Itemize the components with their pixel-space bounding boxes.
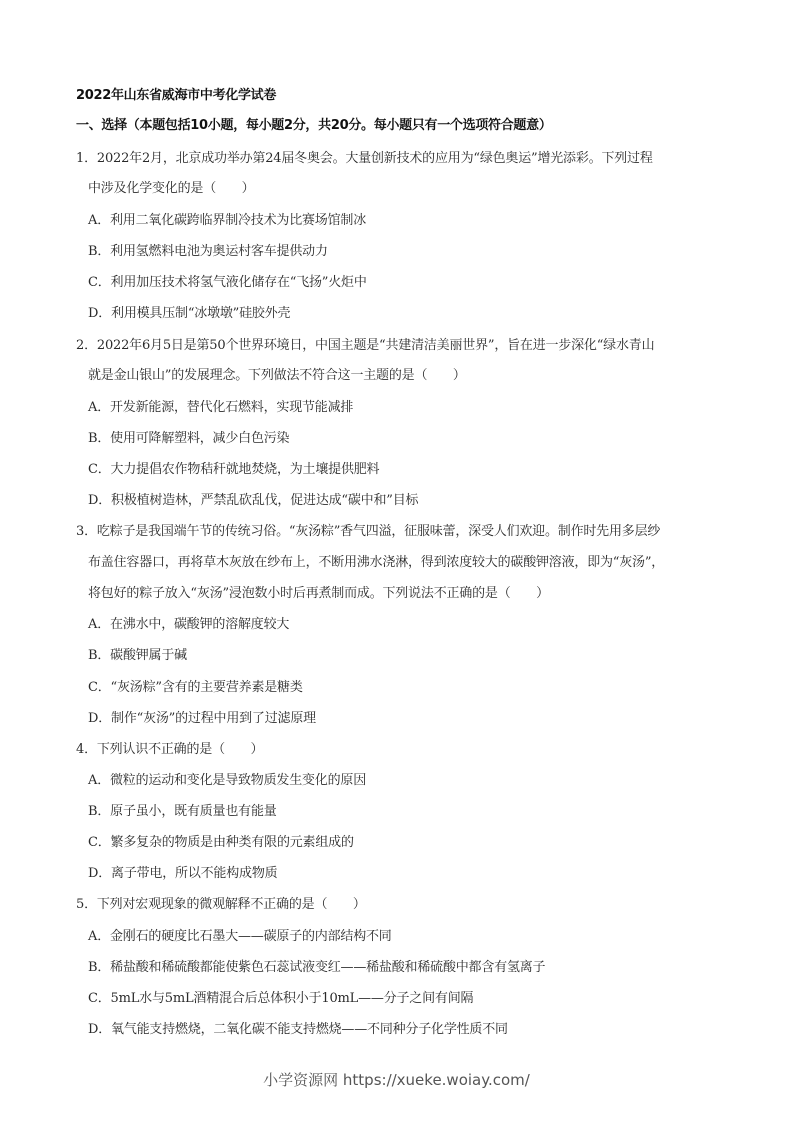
question-4-option-b: B．原子虽小，既有质量也有能量 bbox=[88, 800, 277, 819]
question-2-line-2: 就是金山银山”的发展理念。下列做法不符合这一主题的是（ ） bbox=[88, 364, 466, 383]
question-3-option-b: B．碳酸钾属于碱 bbox=[88, 644, 187, 663]
question-2-option-d: D．积极植树造林，严禁乱砍乱伐，促进达成“碳中和”目标 bbox=[88, 489, 418, 508]
question-1-line-1: 1．2022年2月，北京成功举办第24届冬奥会。大量创新技术的应用为“绿色奥运”… bbox=[76, 147, 653, 166]
question-5-option-d: D．氧气能支持燃烧，二氧化碳不能支持燃烧——不同种分子化学性质不同 bbox=[88, 1018, 508, 1037]
question-3-line-3: 将包好的粽子放入“灰汤”浸泡数小时后再煮制而成。下列说法不正确的是（ ） bbox=[88, 582, 549, 601]
question-4-option-d: D．离子带电，所以不能构成物质 bbox=[88, 862, 277, 881]
question-3-option-c: C．“灰汤粽”含有的主要营养素是糖类 bbox=[88, 676, 303, 695]
question-4-option-c: C．繁多复杂的物质是由种类有限的元素组成的 bbox=[88, 831, 354, 850]
exam-title: 2022年山东省威海市中考化学试卷 bbox=[76, 84, 276, 103]
question-2-line-1: 2．2022年6月5日是第50个世界环境日，中国主题是“共建清洁美丽世界”，旨在… bbox=[76, 334, 654, 353]
question-2-option-b: B．使用可降解塑料，减少白色污染 bbox=[88, 427, 289, 446]
section-heading: 一、选择（本题包括10小题，每小题2分，共20分。每小题只有一个选项符合题意） bbox=[76, 114, 552, 133]
question-3-line-2: 布盖住容器口，再将草木灰放在纱布上，不断用沸水浇淋，得到浓度较大的碳酸钾溶液，即… bbox=[88, 551, 664, 570]
question-2-option-c: C．大力提倡农作物秸秆就地焚烧，为土壤提供肥料 bbox=[88, 458, 379, 477]
question-3-option-d: D．制作“灰汤”的过程中用到了过滤原理 bbox=[88, 707, 316, 726]
question-3-option-a: A．在沸水中，碳酸钾的溶解度较大 bbox=[88, 613, 289, 632]
question-1-line-2: 中涉及化学变化的是（ ） bbox=[88, 177, 254, 196]
question-4-option-a: A．微粒的运动和变化是导致物质发生变化的原因 bbox=[88, 769, 366, 788]
question-5-option-c: C．5mL水与5mL酒精混合后总体积小于10mL——分子之间有间隔 bbox=[88, 987, 473, 1006]
question-5-option-b: B．稀盐酸和稀硫酸都能使紫色石蕊试液变红——稀盐酸和稀硫酸中都含有氢离子 bbox=[88, 956, 545, 975]
question-5-option-a: A．金刚石的硬度比石墨大——碳原子的内部结构不同 bbox=[88, 925, 392, 944]
question-4-line-1: 4．下列认识不正确的是（ ） bbox=[76, 738, 263, 757]
question-3-line-1: 3．吃粽子是我国端午节的传统习俗。“灰汤粽”香气四溢，征服味蕾，深受人们欢迎。制… bbox=[76, 520, 660, 539]
exam-page: 2022年山东省威海市中考化学试卷 一、选择（本题包括10小题，每小题2分，共2… bbox=[0, 0, 793, 1122]
question-1-option-d: D．利用模具压制“冰墩墩”硅胶外壳 bbox=[88, 302, 290, 321]
question-5-line-1: 5．下列对宏观现象的微观解释不正确的是（ ） bbox=[76, 893, 366, 912]
watermark-footer: 小学资源网 https://xueke.woiay.com/ bbox=[0, 1069, 793, 1090]
question-1-option-a: A．利用二氧化碳跨临界制冷技术为比赛场馆制冰 bbox=[88, 209, 366, 228]
question-1-option-b: B．利用氢燃料电池为奥运村客车提供动力 bbox=[88, 240, 328, 259]
question-1-option-c: C．利用加压技术将氢气液化储存在“飞扬”火炬中 bbox=[88, 271, 367, 290]
question-2-option-a: A．开发新能源，替代化石燃料，实现节能减排 bbox=[88, 396, 353, 415]
